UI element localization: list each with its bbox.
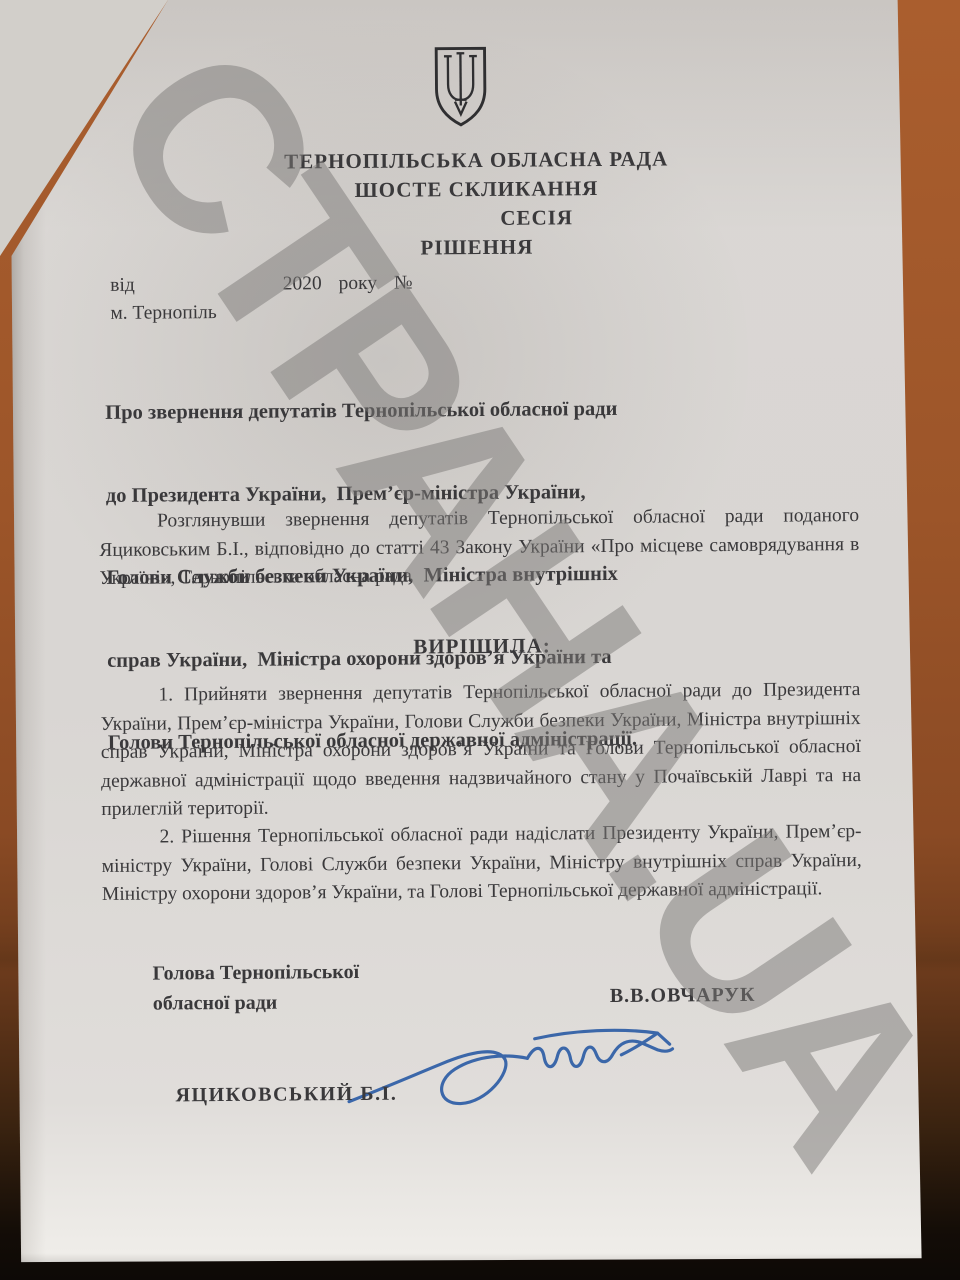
date-from-label: від [110,275,135,296]
photo-of-document: ТЕРНОПІЛЬСЬКА ОБЛАСНА РАДА ШОСТЕ СКЛИКАН… [0,0,960,1280]
chairman-title-line2: обласної ради [153,987,360,1019]
signature-ink-icon [341,1022,677,1140]
chairman-title-line1: Голова Тернопільської [152,957,359,989]
signer-name: ЯЦИКОВСЬКИЙ Б.І. [175,1083,397,1108]
resolution-item-2: 2. Рішення Тернопільської обласної ради … [101,818,862,910]
decision-title: РІШЕННЯ [0,229,957,266]
resolution-item-1: 1. Прийняти звернення депутатів Тернопіл… [100,676,861,825]
date-line: від2020 року № [110,273,413,297]
chairman-title: Голова Тернопільської обласної ради [152,957,359,1019]
subject-line: Про звернення депутатів Тернопільської о… [105,396,634,428]
document-header: ТЕРНОПІЛЬСЬКА ОБЛАСНА РАДА ШОСТЕ СКЛИКАН… [0,142,957,266]
chairman-name: В.В.ОВЧАРУК [610,984,756,1008]
document-content: ТЕРНОПІЛЬСЬКА ОБЛАСНА РАДА ШОСТЕ СКЛИКАН… [0,0,960,1280]
intro-paragraph: Розглянувши звернення депутатів Тернопіл… [99,502,860,594]
date-year-number: 2020 року № [283,273,413,295]
city-line: м. Тернопіль [110,302,216,325]
coat-of-arms-icon [431,45,490,129]
